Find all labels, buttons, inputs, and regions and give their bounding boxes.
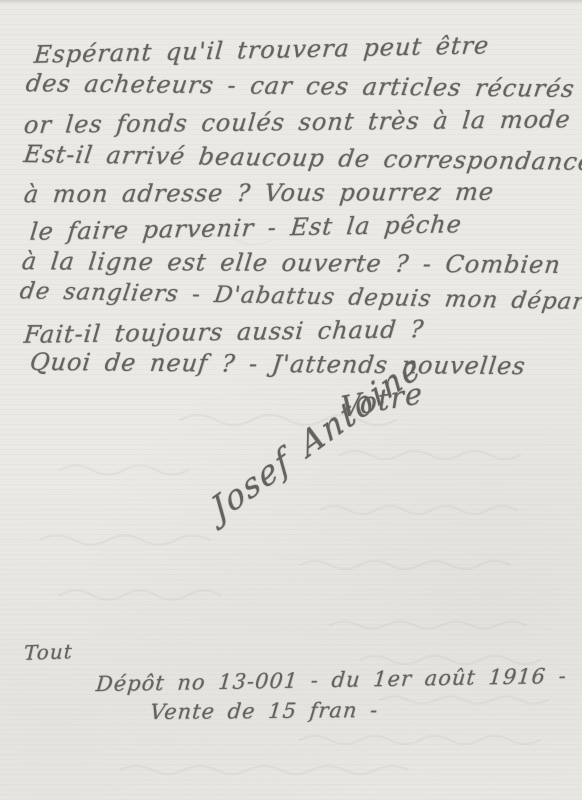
letter-page: Espérant qu'il trouvera peut être des ac… [0, 0, 582, 800]
letter-line: Est-il arrivé beaucoup de correspondance [22, 140, 582, 176]
registry-line-depot: Dépôt no 13-001 - du 1er août 1916 - [95, 664, 568, 696]
registry-line-vente: Vente de 15 fran - [149, 698, 380, 724]
letter-line: Espérant qu'il trouvera peut être [33, 31, 491, 69]
letter-line: or les fonds coulés sont très à la mode … [23, 105, 582, 139]
letter-line: de sangliers - D'abattus depuis mon dépa… [18, 278, 582, 315]
letter-line: à la ligne est elle ouverte ? - Combien [20, 247, 562, 279]
letter-line: à mon adresse ? Vous pourrez me [23, 178, 496, 208]
margin-note: Tout [24, 639, 74, 665]
letter-line: Quoi de neuf ? - J'attends nouvelles [28, 348, 527, 380]
letter-line: Fait-il toujours aussi chaud ? [23, 315, 426, 349]
letter-line: le faire parvenir - Est la pêche [29, 210, 464, 246]
letter-line: des acheteurs - car ces articles récurés [24, 69, 576, 103]
